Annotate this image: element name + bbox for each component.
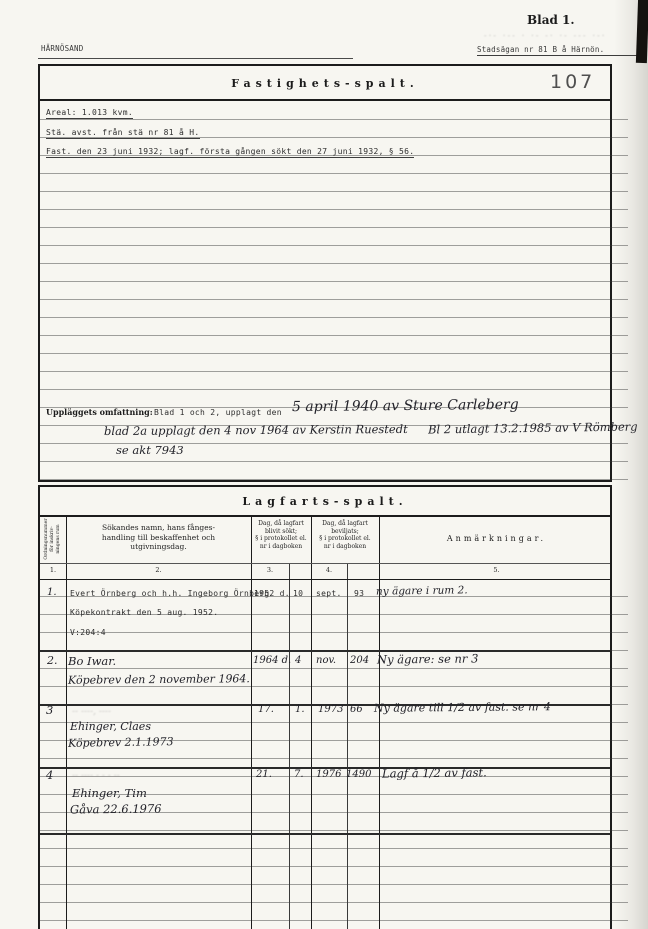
entry-separator-1: [40, 650, 610, 652]
column-subdivider-4: [347, 563, 348, 929]
column-subdivider-3: [289, 563, 290, 929]
faint-note: -·- ·-- · ·- -· ·- --- ·-·: [483, 31, 606, 40]
entry-3-date-day: 17.: [258, 704, 274, 715]
city-label: HÄRNÖSAND: [41, 44, 83, 53]
column-divider-4: [379, 515, 380, 929]
col2-header-line1: Sökandes namn, hans fånges-: [66, 523, 251, 533]
fastighets-title: Fastighets-spalt.: [40, 77, 610, 90]
entry-2-document: Köpebrev den 2 november 1964.: [68, 672, 250, 687]
entry-1-name: Evert Örnberg och h.h. Ingeborg Örnberg: [70, 589, 270, 598]
col4-header-line1: Dag, då lagfart: [311, 520, 379, 528]
col3-header-line3: § i protokollet el.: [251, 535, 311, 543]
omfattning-label: Uppläggets omfattning:: [46, 407, 153, 417]
entry-3-name: Ehinger, Claes: [70, 720, 151, 733]
entry-1-remark: ny ägare i rum 2.: [376, 584, 468, 597]
col2-header-line2: handling till beskaffenhet och: [66, 533, 251, 543]
column-number-5: 5.: [379, 566, 614, 574]
column-number-2: 2.: [66, 566, 251, 574]
entry-1-date-month: sept.: [316, 589, 342, 598]
entry-4-paragraph: 1490: [346, 769, 371, 780]
entry-1-paragraph: 93: [354, 589, 364, 598]
entry-3-date-year: 1973: [318, 704, 343, 715]
lagfarts-section: Lagfarts-spalt. Ordningsnummer för inskr…: [38, 485, 612, 929]
col2-header: Sökandes namn, hans fånges- handling til…: [66, 523, 251, 552]
number-row-top-rule: [40, 563, 610, 564]
lagfarts-title-rule: [40, 515, 610, 517]
scanned-register-page: Blad 1. -·- ·-- · ·- -· ·- --- ·-· Stads…: [0, 0, 648, 929]
entry-3-number: 3: [46, 703, 53, 717]
col1-header-rotated: Ordningsnummer för inskriv- ningens rum: [44, 516, 62, 562]
entry-2-remark: Ny ägare: se nr 3: [377, 651, 479, 666]
entry-1-date-day: 10: [293, 589, 303, 598]
page-number-stamp: 107: [550, 71, 595, 93]
entry-2-paragraph: 204: [350, 655, 369, 666]
blad-label: Blad 1.: [527, 13, 575, 27]
omfattning-handwriting-date: 5 april 1940 av Sture Carleberg: [292, 397, 519, 415]
stadsagan-label: Stadsägan nr 81 B å Härnön.: [477, 45, 642, 56]
entry-2-name: Bo Iwar.: [68, 654, 116, 668]
col3-header-line2: blivit sökt;: [251, 528, 311, 536]
areal-line: Areal: 1.013 kvm.: [46, 108, 133, 119]
entry-1-aktnummer: V:204:4: [70, 628, 106, 637]
faststallelse-line: Fast. den 23 juni 1932; lagf. första gån…: [46, 147, 414, 158]
col3-header-line1: Dag, då lagfart: [251, 520, 311, 528]
column-number-1: 1.: [40, 566, 66, 574]
col3-header-line4: nr i dagboken: [251, 543, 311, 551]
entry-3-document: Köpebrev 2.1.1973: [68, 735, 174, 750]
entry-2-date-day: 4: [295, 655, 301, 666]
title-rule: [40, 99, 610, 101]
col4-header-line2: beviljats;: [311, 528, 379, 536]
column-divider-3: [311, 515, 312, 929]
entry-4-date-day: 21.: [256, 769, 272, 780]
entry-4-document: Gåva 22.6.1976: [70, 802, 162, 817]
omfattning-handwriting-2b: Bl 2 utlagt 13.2.1985 av V Römberg: [428, 420, 638, 437]
scanner-artifact-bar: [636, 0, 648, 63]
entry-2-number: 2.: [47, 654, 58, 667]
lagfarts-title: Lagfarts-spalt.: [40, 495, 610, 508]
entry-4-name: Ehinger, Tim: [72, 786, 147, 800]
entry-1-document: Köpekontrakt den 5 aug. 1952.: [70, 608, 218, 617]
column-number-4: 4.: [311, 566, 347, 574]
col1-header-line3: ningens rum: [56, 516, 62, 562]
entry-3-remark: Ny ägare till 1/2 av fast. se nr 4: [374, 700, 551, 715]
omfattning-handwriting-3: se akt 7943: [116, 443, 184, 457]
column-divider-1: [66, 515, 67, 929]
fastighets-section: Fastighets-spalt. 107 Areal: 1.013 kvm. …: [38, 64, 612, 482]
col5-header: Anmärkningar.: [379, 534, 614, 543]
entry-3-paragraph: 66: [350, 704, 363, 715]
number-row-bottom-rule: [40, 579, 610, 580]
entry-4-remark: Lagf å 1/2 av fast.: [382, 765, 487, 780]
entry-3-erased-text: -- ----, ----: [72, 707, 111, 717]
entry-3-date-month: 1.: [295, 704, 305, 715]
column-divider-2: [251, 515, 252, 929]
col3-header: Dag, då lagfart blivit sökt; § i protoko…: [251, 520, 311, 550]
col2-header-line3: utgivningsdag.: [66, 542, 251, 552]
omfattning-handwriting-2a: blad 2a upplagt den 4 nov 1964 av Kersti…: [104, 422, 408, 438]
entry-4-date-month: 7.: [294, 769, 304, 780]
entry-4-date-year: 1976: [316, 769, 341, 780]
col4-header-line4: nr i dagboken: [311, 543, 379, 551]
entry-1-number: 1.: [47, 587, 57, 598]
entry-1-date-year: 1952 d.: [254, 589, 290, 598]
entry-separator-4: [40, 833, 610, 835]
col4-header-line3: § i protokollet el.: [311, 535, 379, 543]
col4-header: Dag, då lagfart beviljats; § i protokoll…: [311, 520, 379, 550]
city-rule: [38, 58, 353, 59]
entry-4-number: 4: [46, 768, 53, 782]
avstyckning-line: Stä. avst. från stä nr 81 å H.: [46, 128, 200, 139]
column-number-3: 3.: [251, 566, 289, 574]
entry-2-date-year: 1964 d.: [253, 655, 291, 666]
entry-2-date-month: nov.: [316, 655, 336, 666]
entry-4-erased-text: -- ---- - - - --: [72, 771, 120, 781]
omfattning-typed: Blad 1 och 2, upplagt den: [154, 408, 282, 417]
lagfarts-ruled-lines: [40, 579, 628, 929]
